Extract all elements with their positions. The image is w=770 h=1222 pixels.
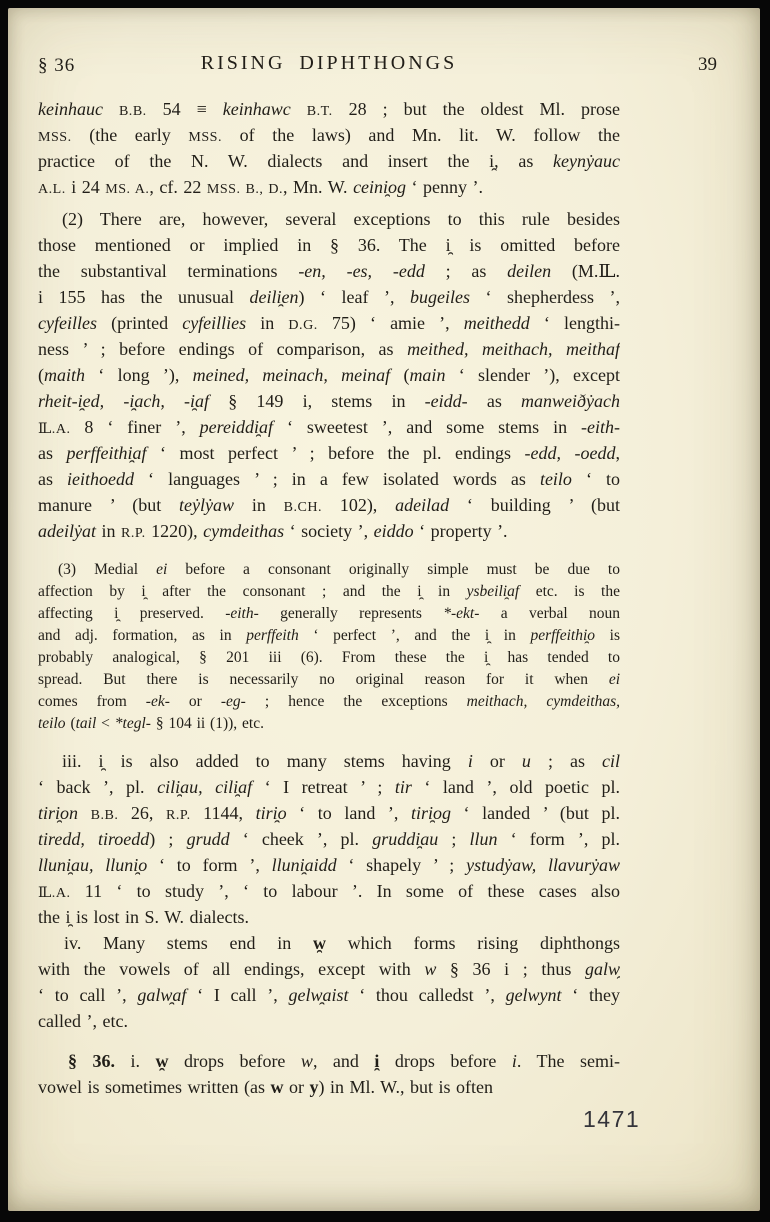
text-line: spread. But there is necessarily no orig… bbox=[38, 669, 620, 691]
paragraph-intro-continuation: keinhauc B.B. 54 ≡ keinhawc B.T. 28 ; bu… bbox=[38, 96, 620, 200]
text-line: ‘ back ’, pl. cili̯au, cili̯af ‘ I retre… bbox=[38, 774, 620, 800]
text-line: the i̯ is lost in S. W. dialects. bbox=[38, 904, 620, 930]
scanned-book-page: § 36 RISING DIPHTHONGS 39 keinhauc B.B. … bbox=[0, 0, 770, 1222]
text-line: teilo (tail < *tegl- § 104 ii (1)), etc. bbox=[38, 713, 620, 735]
text-line: affecting i̯ preserved. -eith- generally… bbox=[38, 603, 620, 625]
text-line: lluni̯au, lluni̯o ‘ to form ’, lluni̯aid… bbox=[38, 852, 620, 878]
paragraph-para-iii: iii. i̯ is also added to many stems havi… bbox=[38, 748, 620, 930]
text-line: Ỻ.A. 8 ‘ finer ’, pereiddi̯af ‘ sweetest… bbox=[38, 414, 620, 440]
text-line: tiredd, tiroedd) ; grudd ‘ cheek ’, pl. … bbox=[38, 826, 620, 852]
text-line: ‘ to call ’, galw̯af ‘ I call ’, gelw̯ai… bbox=[38, 982, 620, 1008]
text-line: § 36. i. w̯ drops before w, and i̯ drops… bbox=[38, 1048, 620, 1074]
text-line: comes from -ek- or -eg- ; hence the exce… bbox=[38, 691, 620, 713]
text-line: adeilẏat in R.P. 1220), cymdeithas ‘ soc… bbox=[38, 518, 620, 544]
text-line: with the vowels of all endings, except w… bbox=[38, 956, 620, 982]
text-line: called ’, etc. bbox=[38, 1008, 620, 1034]
text-line: (2) There are, however, several exceptio… bbox=[38, 206, 620, 232]
paragraph-para-36: § 36. i. w̯ drops before w, and i̯ drops… bbox=[38, 1048, 620, 1100]
text-line: iii. i̯ is also added to many stems havi… bbox=[38, 748, 620, 774]
text-line: and adj. formation, as in perffeith ‘ pe… bbox=[38, 625, 620, 647]
text-line: ness ’ ; before endings of comparison, a… bbox=[38, 336, 620, 362]
text-line: manure ’ (but teẏlẏaw in B.CH. 102), ade… bbox=[38, 492, 620, 518]
text-line: probably analogical, § 201 iii (6). From… bbox=[38, 647, 620, 669]
paragraph-para-2: (2) There are, however, several exceptio… bbox=[38, 206, 620, 544]
text-line: MSS. (the early MSS. of the laws) and Mn… bbox=[38, 122, 620, 148]
book-page-paper: § 36 RISING DIPHTHONGS 39 keinhauc B.B. … bbox=[8, 8, 760, 1211]
section-label: § 36 bbox=[38, 55, 75, 77]
text-line: tiri̯on B.B. 26, R.P. 1144, tiri̯o ‘ to … bbox=[38, 800, 620, 826]
text-line: those mentioned or implied in § 36. The … bbox=[38, 232, 620, 258]
text-column: § 36 RISING DIPHTHONGS 39 keinhauc B.B. … bbox=[38, 52, 620, 1100]
paragraph-para-iv: iv. Many stems end in w̯ which forms ris… bbox=[38, 930, 620, 1034]
text-line: practice of the N. W. dialects and inser… bbox=[38, 148, 620, 174]
page-header: § 36 RISING DIPHTHONGS 39 bbox=[38, 52, 620, 80]
text-line: vowel is sometimes written (as w or y) i… bbox=[38, 1074, 620, 1100]
text-line: the substantival terminations -en, -es, … bbox=[38, 258, 620, 284]
text-line: A.L. i 24 MS. A., cf. 22 MSS. B., D., Mn… bbox=[38, 174, 620, 200]
page-body: keinhauc B.B. 54 ≡ keinhawc B.T. 28 ; bu… bbox=[38, 96, 620, 1100]
page-number: 39 bbox=[698, 54, 717, 76]
text-line: i 155 has the unusual deili̯en) ‘ leaf ’… bbox=[38, 284, 620, 310]
text-line: (maith ‘ long ’), meined, meinach, meina… bbox=[38, 362, 620, 388]
text-line: keinhauc B.B. 54 ≡ keinhawc B.T. 28 ; bu… bbox=[38, 96, 620, 122]
text-line: iv. Many stems end in w̯ which forms ris… bbox=[38, 930, 620, 956]
text-line: affection by i̯ after the consonant ; an… bbox=[38, 581, 620, 603]
text-line: Ỻ.A. 11 ‘ to study ’, ‘ to labour ’. In … bbox=[38, 878, 620, 904]
text-line: (3) Medial ei before a consonant origina… bbox=[38, 559, 620, 581]
paragraph-para-3-note: (3) Medial ei before a consonant origina… bbox=[38, 559, 620, 735]
running-title: RISING DIPHTHONGS bbox=[38, 52, 620, 75]
text-line: cyfeilles (printed cyfeillies in D.G. 75… bbox=[38, 310, 620, 336]
text-line: as ieithoedd ‘ languages ’ ; in a few is… bbox=[38, 466, 620, 492]
stamp-number: 1471 bbox=[583, 1106, 640, 1133]
text-line: rheit-i̯ed, -i̯ach, -i̯af § 149 i, stems… bbox=[38, 388, 620, 414]
text-line: as perffeithi̯af ‘ most perfect ’ ; befo… bbox=[38, 440, 620, 466]
